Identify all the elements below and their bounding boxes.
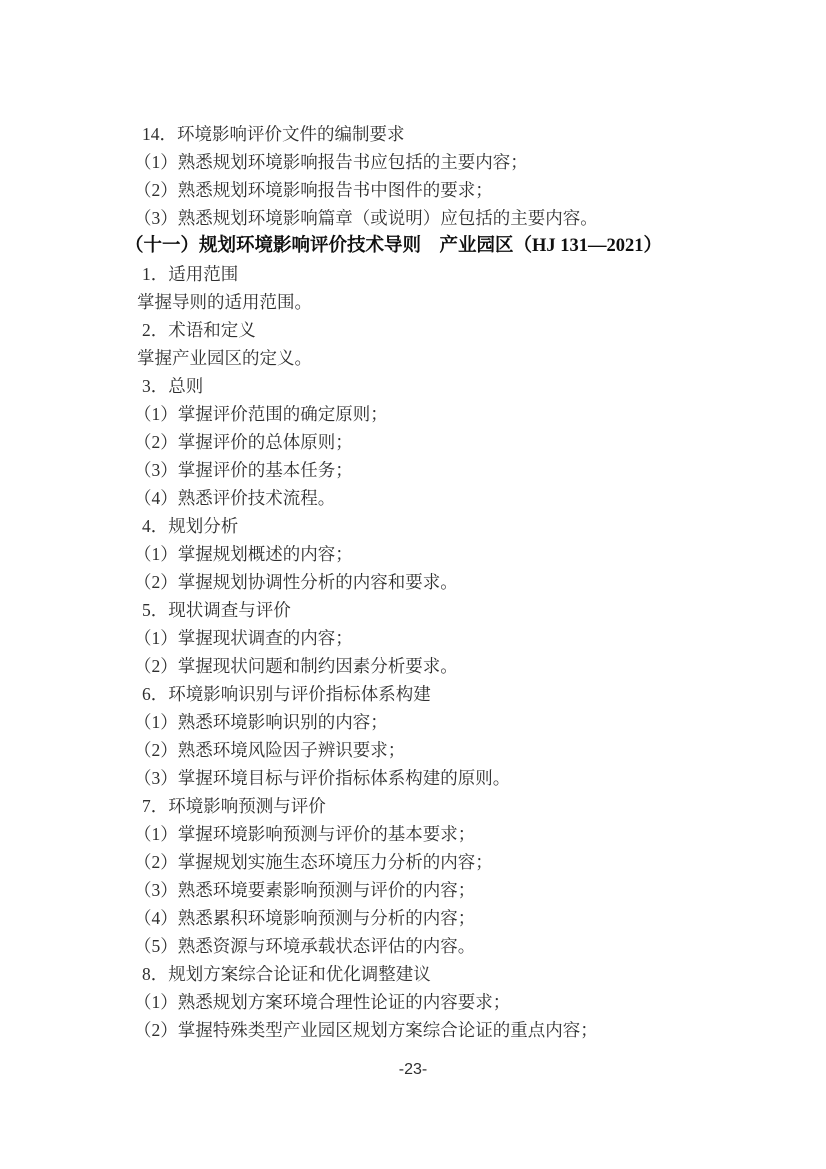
doc-line: （2）掌握规划协调性分析的内容和要求。 xyxy=(0,568,826,596)
doc-line: （2）掌握规划实施生态环境压力分析的内容； xyxy=(0,848,826,876)
doc-line: （1）熟悉规划环境影响报告书应包括的主要内容； xyxy=(0,148,826,176)
doc-line: （1）熟悉环境影响识别的内容； xyxy=(0,708,826,736)
doc-line: （2）掌握评价的总体原则； xyxy=(0,428,826,456)
document-page: 14．环境影响评价文件的编制要求（1）熟悉规划环境影响报告书应包括的主要内容；（… xyxy=(0,0,826,1169)
doc-line: 8．规划方案综合论证和优化调整建议 xyxy=(0,960,826,988)
doc-line: （2）掌握现状问题和制约因素分析要求。 xyxy=(0,652,826,680)
doc-line: （1）掌握环境影响预测与评价的基本要求； xyxy=(0,820,826,848)
doc-line: 14．环境影响评价文件的编制要求 xyxy=(0,120,826,148)
doc-line: （3）掌握评价的基本任务； xyxy=(0,456,826,484)
doc-line: （3）熟悉环境要素影响预测与评价的内容； xyxy=(0,876,826,904)
section-heading: （十一）规划环境影响评价技术导则 产业园区（HJ 131—2021） xyxy=(0,232,826,260)
doc-line: （1）掌握评价范围的确定原则； xyxy=(0,400,826,428)
page-footer: -23- xyxy=(0,1056,826,1084)
doc-line: 5．现状调查与评价 xyxy=(0,596,826,624)
doc-line: （5）熟悉资源与环境承载状态评估的内容。 xyxy=(0,932,826,960)
doc-line: （2）熟悉规划环境影响报告书中图件的要求； xyxy=(0,176,826,204)
doc-line: 2．术语和定义 xyxy=(0,316,826,344)
page-number: -23- xyxy=(399,1061,427,1078)
doc-line: （4）熟悉累积环境影响预测与分析的内容； xyxy=(0,904,826,932)
doc-line: 3．总则 xyxy=(0,372,826,400)
doc-line: 1．适用范围 xyxy=(0,260,826,288)
doc-line: （3）掌握环境目标与评价指标体系构建的原则。 xyxy=(0,764,826,792)
doc-line: 6．环境影响识别与评价指标体系构建 xyxy=(0,680,826,708)
doc-line: （2）熟悉环境风险因子辨识要求； xyxy=(0,736,826,764)
doc-line: 7．环境影响预测与评价 xyxy=(0,792,826,820)
doc-line: （4）熟悉评价技术流程。 xyxy=(0,484,826,512)
doc-line: 掌握导则的适用范围。 xyxy=(0,288,826,316)
doc-line: 掌握产业园区的定义。 xyxy=(0,344,826,372)
doc-line: （1）掌握现状调查的内容； xyxy=(0,624,826,652)
doc-line: （1）熟悉规划方案环境合理性论证的内容要求； xyxy=(0,988,826,1016)
document-body: 14．环境影响评价文件的编制要求（1）熟悉规划环境影响报告书应包括的主要内容；（… xyxy=(0,120,826,1044)
doc-line: 4．规划分析 xyxy=(0,512,826,540)
doc-line: （2）掌握特殊类型产业园区规划方案综合论证的重点内容； xyxy=(0,1016,826,1044)
doc-line: （3）熟悉规划环境影响篇章（或说明）应包括的主要内容。 xyxy=(0,204,826,232)
doc-line: （1）掌握规划概述的内容； xyxy=(0,540,826,568)
